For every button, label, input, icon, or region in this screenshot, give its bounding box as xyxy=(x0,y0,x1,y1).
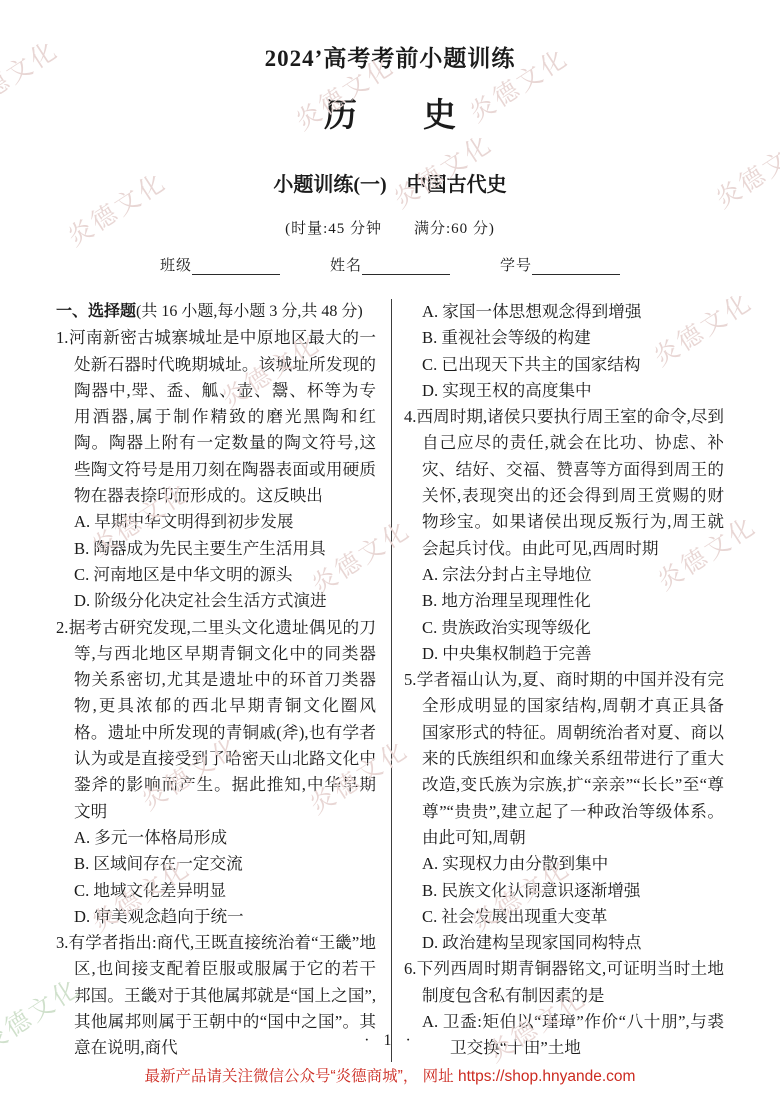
question-2: 2.据考古研究发现,二里头文化遗址偶见的刀等,与西北地区早期青铜文化中的同类器物… xyxy=(56,615,376,931)
question-3-option-b: B. 重视社会等级的构建 xyxy=(404,325,724,351)
publisher-notice: 最新产品请关注微信公众号“炎德商城”， 网址 https://shop.hnya… xyxy=(0,1064,780,1086)
question-4-stem: 4.西周时期,诸侯只要执行周王室的命令,尽到自己应尽的责任,就会在比功、协虑、补… xyxy=(404,404,724,562)
question-1-option-b: B. 陶器成为先民主要生产生活用具 xyxy=(56,536,376,562)
class-field: 班级 xyxy=(160,254,280,275)
question-5-option-a: A. 实现权力由分散到集中 xyxy=(404,851,724,877)
name-field: 姓名 xyxy=(330,254,450,275)
question-1-option-d: D. 阶级分化决定社会生活方式演进 xyxy=(56,588,376,614)
question-4-option-c: C. 贵族政治实现等级化 xyxy=(404,615,724,641)
question-4-option-a: A. 宗法分封占主导地位 xyxy=(404,562,724,588)
question-2-option-c: C. 地域文化差异明显 xyxy=(56,878,376,904)
question-5-stem: 5.学者福山认为,夏、商时期的中国并没有完全形成明显的国家结构,周朝才真正具备国… xyxy=(404,667,724,851)
question-1: 1.河南新密古城寨城址是中原地区最大的一处新石器时代晚期城址。该城址所发现的陶器… xyxy=(56,325,376,614)
question-6-stem: 6.下列西周时期青铜器铭文,可证明当时土地制度包含私有制因素的是 xyxy=(404,956,724,1009)
page-number: · 1 · xyxy=(0,1032,780,1050)
question-5: 5.学者福山认为,夏、商时期的中国并没有完全形成明显的国家结构,周朝才真正具备国… xyxy=(404,667,724,956)
column-left: 一、选择题(共 16 小题,每小题 3 分,共 48 分) 1.河南新密古城寨城… xyxy=(56,299,376,1062)
question-2-stem: 2.据考古研究发现,二里头文化遗址偶见的刀等,与西北地区早期青铜文化中的同类器物… xyxy=(56,615,376,825)
question-1-stem: 1.河南新密古城寨城址是中原地区最大的一处新石器时代晚期城址。该城址所发现的陶器… xyxy=(56,325,376,509)
section-heading-note: (共 16 小题,每小题 3 分,共 48 分) xyxy=(136,303,363,320)
question-3-option-d: D. 实现王权的高度集中 xyxy=(404,378,724,404)
exam-body: 一、选择题(共 16 小题,每小题 3 分,共 48 分) 1.河南新密古城寨城… xyxy=(0,299,780,1062)
exam-meta: (时量:45 分钟 满分:60 分) xyxy=(0,217,780,238)
question-1-number: 1. xyxy=(56,328,68,347)
column-divider xyxy=(391,299,392,1062)
question-4-option-d: D. 中央集权制趋于完善 xyxy=(404,641,724,667)
section-heading-title: 一、选择题 xyxy=(56,303,136,320)
question-2-option-b: B. 区域间存在一定交流 xyxy=(56,851,376,877)
question-4-option-b: B. 地方治理呈现理性化 xyxy=(404,588,724,614)
question-5-option-d: D. 政治建构呈现家国同构特点 xyxy=(404,930,724,956)
question-2-option-a: A. 多元一体格局形成 xyxy=(56,825,376,851)
question-2-number: 2. xyxy=(56,618,68,637)
student-id-field: 学号 xyxy=(500,254,620,275)
student-id-label: 学号 xyxy=(500,254,532,275)
series-title: 2024’高考考前小题训练 xyxy=(0,40,780,73)
question-3-options: A. 家国一体思想观念得到增强 B. 重视社会等级的构建 C. 已出现天下共主的… xyxy=(404,299,724,404)
question-3-option-a: A. 家国一体思想观念得到增强 xyxy=(404,299,724,325)
student-id-blank[interactable] xyxy=(532,259,620,275)
question-1-option-c: C. 河南地区是中华文明的源头 xyxy=(56,562,376,588)
name-label: 姓名 xyxy=(330,254,362,275)
subject-title: 历 史 xyxy=(0,89,780,136)
question-3-number: 3. xyxy=(56,933,68,952)
question-2-option-d: D. 审美观念趋向于统一 xyxy=(56,904,376,930)
class-label: 班级 xyxy=(160,254,192,275)
question-5-option-b: B. 民族文化认同意识逐渐增强 xyxy=(404,878,724,904)
class-blank[interactable] xyxy=(192,259,280,275)
exam-page: 炎德文化 炎德文化 炎德文化 炎德文化 炎德文化 炎德文化 炎德文化 炎德文化 … xyxy=(0,0,780,1098)
question-5-option-c: C. 社会发展出现重大变革 xyxy=(404,904,724,930)
question-4-number: 4. xyxy=(404,407,416,426)
exam-header: 2024’高考考前小题训练 历 史 小题训练(一) 中国古代史 (时量:45 分… xyxy=(0,0,780,275)
name-blank[interactable] xyxy=(362,259,450,275)
question-1-option-a: A. 早期中华文明得到初步发展 xyxy=(56,509,376,535)
section-title: 小题训练(一) 中国古代史 xyxy=(0,168,780,197)
section-heading: 一、选择题(共 16 小题,每小题 3 分,共 48 分) xyxy=(56,299,376,325)
question-3-option-c: C. 已出现天下共主的国家结构 xyxy=(404,352,724,378)
question-5-number: 5. xyxy=(404,670,416,689)
question-6-number: 6. xyxy=(404,959,416,978)
question-4: 4.西周时期,诸侯只要执行周王室的命令,尽到自己应尽的责任,就会在比功、协虑、补… xyxy=(404,404,724,667)
student-info-row: 班级 姓名 学号 xyxy=(0,254,780,275)
column-right: A. 家国一体思想观念得到增强 B. 重视社会等级的构建 C. 已出现天下共主的… xyxy=(404,299,724,1062)
